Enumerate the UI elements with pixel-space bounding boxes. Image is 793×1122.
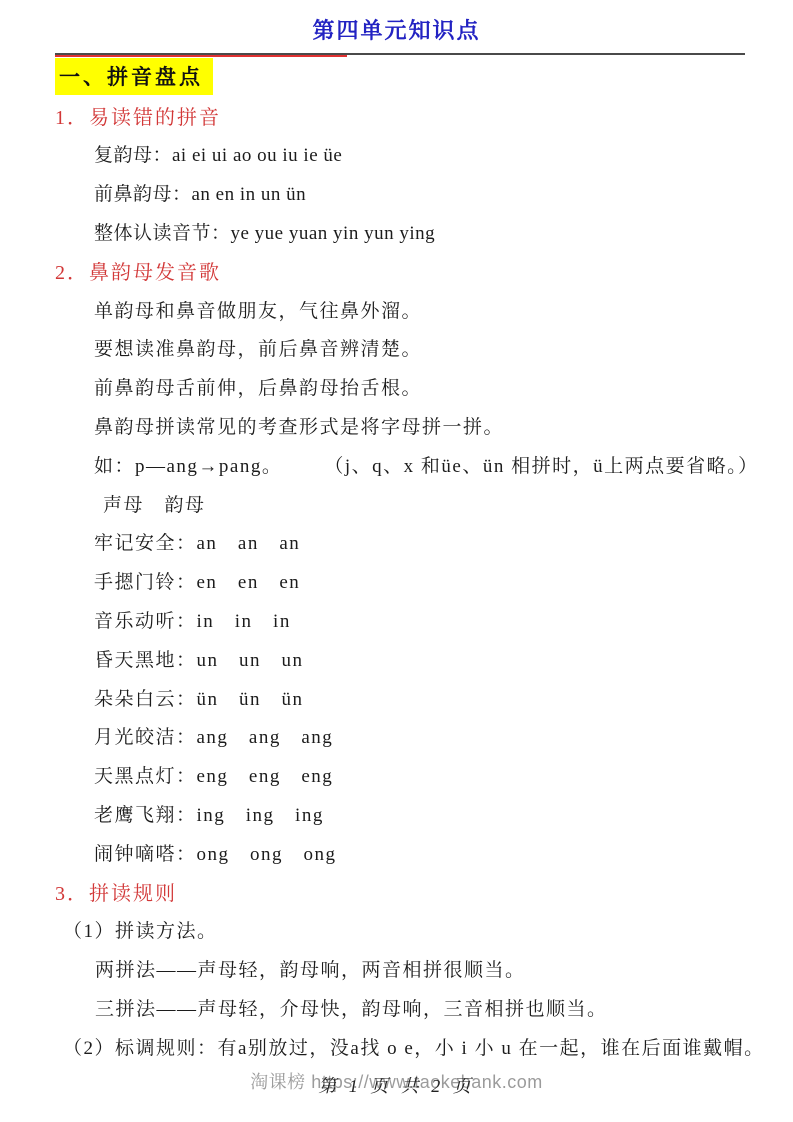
section-heading-row: 一、拼音盘点: [55, 57, 755, 96]
rule-method-line: 三拼法——声母轻，介母快，韵母响，三音相拼也顺当。: [95, 988, 755, 1027]
drill-line: 老鹰飞翔：ing ing ing: [94, 794, 755, 833]
page-title: 第四单元知识点: [0, 14, 793, 45]
pinyin-line: 复韵母：ai ei ui ao ou iu ie üe: [94, 135, 755, 174]
document-page: 第四单元知识点 一、拼音盘点 1．易读错的拼音 复韵母：ai ei ui ao …: [0, 0, 793, 1122]
pinyin-line: 前鼻韵母：an en in un ün: [94, 173, 755, 212]
rhyme-line: 要想读准鼻韵母，前后鼻音辨清楚。: [94, 329, 755, 368]
drill-line: 月光皎洁：ang ang ang: [94, 717, 755, 756]
drill-line: 昏天黑地：un un un: [94, 639, 755, 678]
drill-line: 手摁门铃：en en en: [94, 561, 755, 600]
sub-heading-3: 3．拼读规则: [55, 872, 755, 911]
rhyme-line: 单韵母和鼻音做朋友，气往鼻外溜。: [94, 290, 755, 329]
example-spelling: 如：p—ang→pang。: [94, 451, 282, 478]
rule-item-1: （1）拼读方法。: [63, 911, 755, 950]
rule-method-line: 两拼法——声母轻，韵母响，两音相拼很顺当。: [95, 949, 755, 988]
column-header: 声母 韵母: [103, 484, 755, 523]
rhyme-line: 前鼻韵母舌前伸，后鼻韵母抬舌根。: [94, 367, 755, 406]
page-footer: 淘课榜 https://www.taokebank.com 第 1 页 共 2 …: [0, 1064, 793, 1104]
page-number: 第 1 页 共 2 页: [0, 1072, 793, 1098]
rule-item-2: （2）标调规则：有a别放过，没a找 o e，小 i 小 u 在一起，谁在后面谁戴…: [63, 1027, 755, 1066]
document-body: 一、拼音盘点 1．易读错的拼音 复韵母：ai ei ui ao ou iu ie…: [55, 57, 755, 1066]
drill-line: 闹钟嘀嗒：ong ong ong: [94, 833, 755, 872]
sub-heading-2: 2．鼻韵母发音歌: [55, 251, 755, 290]
rhyme-line: 鼻韵母拼读常见的考查形式是将字母拼一拼。: [94, 406, 755, 445]
drill-line: 天黑点灯：eng eng eng: [94, 755, 755, 794]
example-note: （j、q、x 和üe、ün 相拼时，ü上两点要省略。）: [324, 451, 758, 478]
drill-line: 朵朵白云：ün ün ün: [94, 678, 755, 717]
section-heading-highlighted: 一、拼音盘点: [55, 58, 213, 95]
pinyin-line: 整体认读音节：ye yue yuan yin yun ying: [94, 212, 755, 251]
drill-line: 音乐动听：in in in: [94, 600, 755, 639]
example-line: 如：p—ang→pang。 （j、q、x 和üe、ün 相拼时，ü上两点要省略。…: [94, 445, 755, 484]
drill-line: 牢记安全：an an an: [94, 523, 755, 562]
sub-heading-1: 1．易读错的拼音: [55, 96, 755, 135]
